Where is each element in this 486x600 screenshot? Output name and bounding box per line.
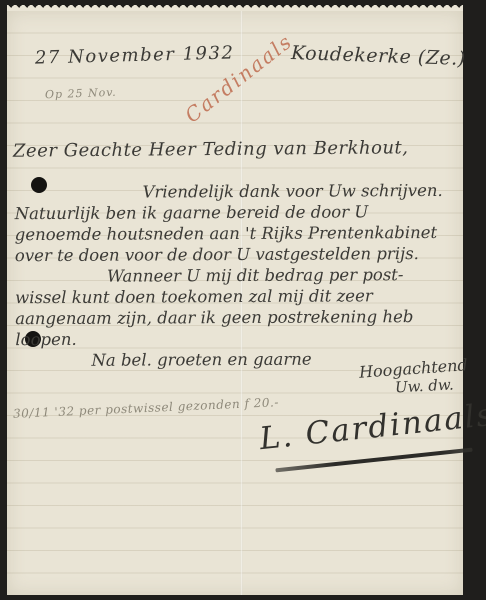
salutation: Zeer Geachte Heer Teding van Berkhout, — [13, 137, 409, 161]
body-line: wissel kunt doen toekomen zal mij dit ze… — [15, 285, 461, 308]
body-line: Wanneer U mij dit bedrag per post- — [15, 264, 461, 287]
letter-body: Vriendelijk dank voor Uw schrijven. Natu… — [15, 180, 462, 371]
body-line: aangenaam zijn, daar ik geen postrekenin… — [15, 306, 461, 329]
closing-uw-dw: Uw. dw. — [395, 375, 455, 396]
body-line: Vriendelijk dank voor Uw schrijven. — [15, 180, 461, 203]
received-date-note: Op 25 Nov. — [45, 86, 117, 101]
letter-paper: 27 November 1932 Koudekerke (Ze.) Cardin… — [7, 11, 463, 595]
signature: L. Cardinaals — [258, 397, 486, 457]
body-line: genoemde houtsneden aan 't Rijks Prenten… — [15, 222, 461, 245]
scanned-letter-photo: { "colors": { "background": "#1f1e1c", "… — [0, 0, 486, 600]
sent-money-note: 30/11 '32 per postwissel gezonden f 20.- — [13, 395, 279, 421]
body-line: Natuurlijk ben ik gaarne bereid de door … — [15, 201, 461, 224]
body-line: loopen. — [15, 327, 461, 350]
letter-date: 27 November 1932 — [35, 42, 235, 68]
letter-place: Koudekerke (Ze.) — [291, 42, 466, 70]
body-line: over te doen voor de door U vastgestelde… — [15, 243, 461, 266]
